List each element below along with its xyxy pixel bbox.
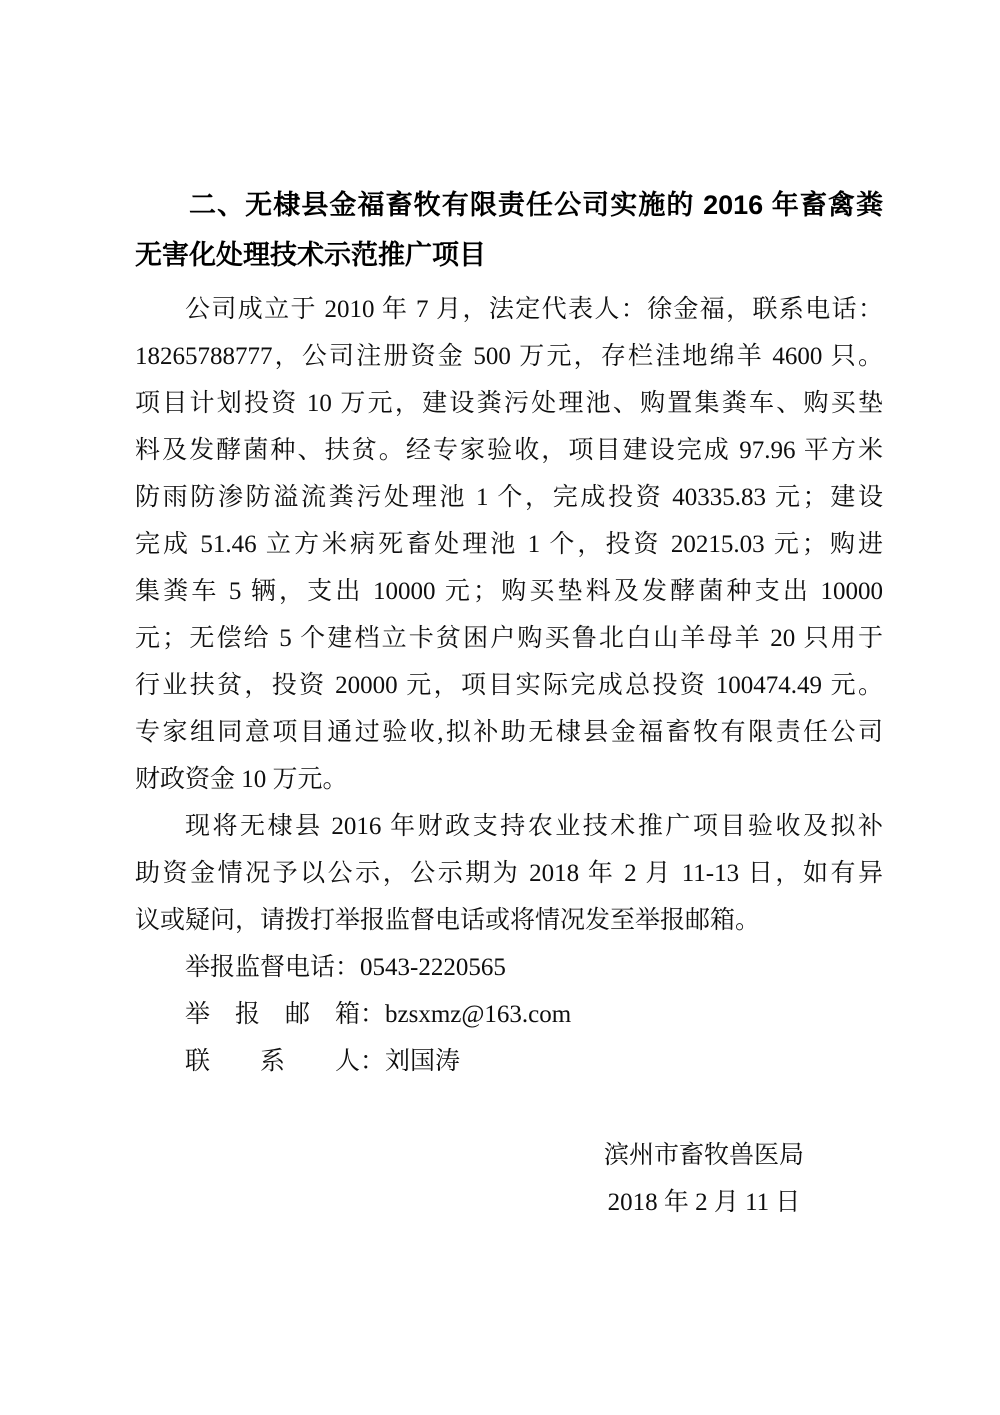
document-page: 二、无棣县金福畜牧有限责任公司实施的 2016 年畜禽粪污 无害化处理技术示范推… bbox=[0, 0, 1000, 1415]
signature-block: 滨州市畜牧兽医局 2018 年 2 月 11 日 bbox=[135, 1132, 883, 1226]
body-text-line: 助资金情况予以公示，公示期为 2018 年 2 月 11-13 日，如有异 bbox=[135, 850, 883, 897]
contact-phone-line: 举报监督电话：0543-2220565 bbox=[135, 944, 883, 991]
contact-phone-value: 0543-2220565 bbox=[360, 954, 506, 981]
body-text-line: 现将无棣县 2016 年财政支持农业技术推广项目验收及拟补 bbox=[135, 803, 883, 850]
contact-email-value: bzsxmz@163.com bbox=[385, 1001, 571, 1028]
contact-phone-label: 举报监督电话： bbox=[185, 954, 360, 981]
body-text-line: 公司成立于 2010 年 7 月，法定代表人：徐金福，联系电话： bbox=[135, 286, 883, 333]
body-text-line: 财政资金 10 万元。 bbox=[135, 756, 883, 803]
contact-email-line: 举 报 邮 箱：bzsxmz@163.com bbox=[135, 991, 883, 1038]
body-text-line: 料及发酵菌种、扶贫。经专家验收，项目建设完成 97.96 平方米 bbox=[135, 427, 883, 474]
body-text-line: 防雨防渗防溢流粪污处理池 1 个，完成投资 40335.83 元；建设 bbox=[135, 474, 883, 521]
paragraph-public-notice: 现将无棣县 2016 年财政支持农业技术推广项目验收及拟补 助资金情况予以公示，… bbox=[135, 803, 883, 944]
section-title-line-1: 二、无棣县金福畜牧有限责任公司实施的 2016 年畜禽粪污 bbox=[135, 180, 883, 230]
body-text-line: 议或疑问，请拨打举报监督电话或将情况发至举报邮箱。 bbox=[135, 897, 883, 944]
contact-person-label: 联 系 人： bbox=[185, 1048, 385, 1075]
signature-date: 2018 年 2 月 11 日 bbox=[525, 1179, 883, 1226]
section-title-line-2: 无害化处理技术示范推广项目 bbox=[135, 230, 883, 280]
contact-person-line: 联 系 人：刘国涛 bbox=[135, 1038, 883, 1085]
body-text-line: 集粪车 5 辆，支出 10000 元；购买垫料及发酵菌种支出 10000 bbox=[135, 568, 883, 615]
paragraph-company-project: 公司成立于 2010 年 7 月，法定代表人：徐金福，联系电话： 1826578… bbox=[135, 286, 883, 803]
contact-person-value: 刘国涛 bbox=[385, 1048, 460, 1075]
contact-email-label: 举 报 邮 箱： bbox=[185, 1001, 385, 1028]
body-text-line: 18265788777，公司注册资金 500 万元，存栏洼地绵羊 4600 只。 bbox=[135, 333, 883, 380]
body-text-line: 专家组同意项目通过验收,拟补助无棣县金福畜牧有限责任公司 bbox=[135, 709, 883, 756]
body-text-line: 完成 51.46 立方米病死畜处理池 1 个，投资 20215.03 元；购进 bbox=[135, 521, 883, 568]
signature-organization: 滨州市畜牧兽医局 bbox=[525, 1132, 883, 1179]
body-text-line: 项目计划投资 10 万元，建设粪污处理池、购置集粪车、购买垫 bbox=[135, 380, 883, 427]
document-content: 二、无棣县金福畜牧有限责任公司实施的 2016 年畜禽粪污 无害化处理技术示范推… bbox=[135, 180, 883, 1226]
body-text-line: 元；无偿给 5 个建档立卡贫困户购买鲁北白山羊母羊 20 只用于 bbox=[135, 615, 883, 662]
section-title: 二、无棣县金福畜牧有限责任公司实施的 2016 年畜禽粪污 无害化处理技术示范推… bbox=[135, 180, 883, 280]
body-text-line: 行业扶贫，投资 20000 元，项目实际完成总投资 100474.49 元。 bbox=[135, 662, 883, 709]
